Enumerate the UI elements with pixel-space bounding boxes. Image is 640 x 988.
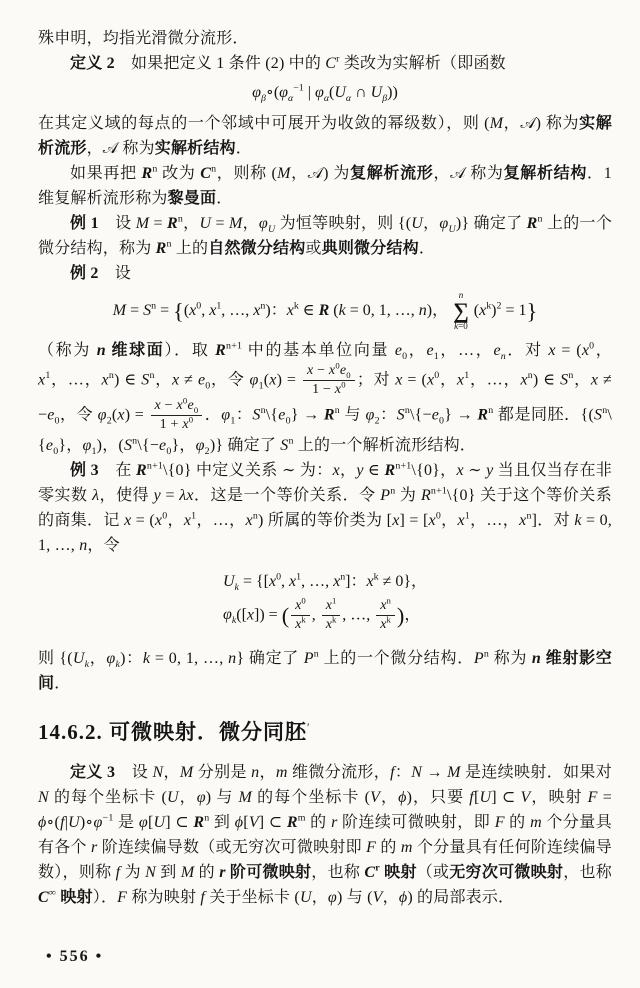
projective-chart-formulas: Uk = {[x0, x1, …, xn]：xk ≠ 0}， φk([x]) =… bbox=[223, 566, 427, 636]
page-number: • 556 • bbox=[46, 948, 103, 966]
uk-chart-formula: Uk = {[x0, x1, …, xn]：xk ≠ 0}， bbox=[223, 569, 427, 595]
complex-analytic-paragraph: 如果再把 Rn 改为 Cn，则称 (M，𝒜) 为复解析流形，𝒜 称为复解析结构．… bbox=[38, 161, 612, 211]
definition-2-tail: 在其定义域的每点的一个邻域中可展开为收敛的幂级数），则 (M，𝒜) 称为实解析流… bbox=[38, 111, 612, 161]
sphere-definition-formula: M = Sn = {(x0, x1, …, xn)：xk ∈ R (k = 0,… bbox=[38, 291, 612, 332]
book-page: 殊申明，均指光滑微分流形． 定义 2 如果把定义 1 条件 (2) 中的 Cr … bbox=[0, 0, 640, 988]
example-2-lead: 例 2 设 bbox=[38, 261, 612, 286]
transition-map-formula: φβ∘(φα−1 | φα(Uα ∩ Uβ)) bbox=[38, 81, 612, 105]
paragraph-continuation: 殊申明，均指光滑微分流形． bbox=[38, 26, 612, 51]
example-2-body: （称为 n 维球面）．取 Rn+1 中的基本单位向量 e0，e1，…，en．对 … bbox=[38, 338, 612, 458]
definition-3-paragraph: 定义 3 设 N，M 分别是 n，m 维微分流形，f：N → M 是连续映射．如… bbox=[38, 760, 612, 910]
example-3-paragraph: 例 3 在 Rn+1\{0} 中定义关系 ∼ 为：x，y ∈ Rn+1\{0}，… bbox=[38, 458, 612, 558]
section-heading: 14.6.2. 可微映射．微分同胚′ bbox=[38, 720, 612, 745]
projective-space-paragraph: 则 {(Uk，φk)：k = 0, 1, …, n} 确定了 Pn 上的一个微分… bbox=[38, 646, 612, 696]
example-1-paragraph: 例 1 设 M = Rn，U = M，φU 为恒等映射，则 {(U，φU)} 确… bbox=[38, 211, 612, 261]
definition-2-lead: 定义 2 如果把定义 1 条件 (2) 中的 Cr 类改为实解析（即函数 bbox=[38, 51, 612, 76]
phik-chart-formula: φk([x]) = (x0xk, x1xk, …, xnxk)， bbox=[223, 598, 427, 634]
